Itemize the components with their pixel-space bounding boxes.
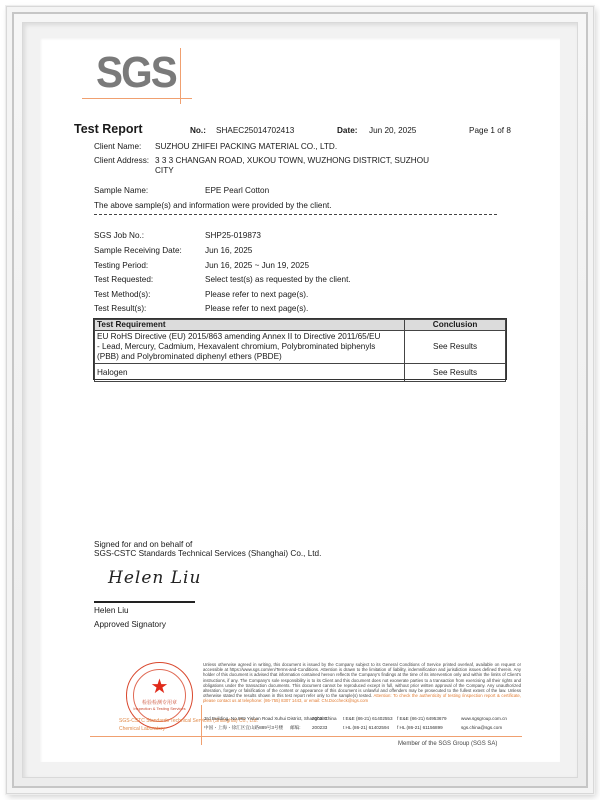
postcode-english: 200233: [312, 716, 327, 722]
client-address-label: Client Address:: [94, 156, 149, 166]
website-link[interactable]: www.sgsgroup.com.cn: [461, 716, 507, 722]
requirement-cell: EU RoHS Directive (EU) 2015/863 amending…: [95, 331, 405, 364]
star-icon: ★: [127, 677, 192, 697]
detail-label: SGS Job No.:: [94, 231, 144, 241]
logo-rule-horizontal: [82, 98, 192, 99]
email-link[interactable]: sgs.china@sgs.com: [461, 725, 502, 731]
signature-line: [94, 601, 195, 603]
client-name-value: SUZHOU ZHIFEI PACKING MATERIAL CO., LTD.: [155, 142, 337, 152]
stamp-chinese-text: 检验检测专用章: [127, 699, 192, 706]
signatory-title: Approved Signatory: [94, 620, 166, 630]
detail-value: Jun 16, 2025 ~ Jun 19, 2025: [205, 261, 309, 271]
signatory-name: Helen Liu: [94, 606, 129, 616]
logo-rule-vertical: [180, 48, 181, 104]
detail-value: Select test(s) as requested by the clien…: [205, 275, 351, 285]
detail-label: Test Requested:: [94, 275, 153, 285]
signed-on-behalf-line2: SGS-CSTC Standards Technical Services (S…: [94, 549, 321, 559]
test-requirement-table: Test Requirement Conclusion EU RoHS Dire…: [94, 319, 506, 382]
requirement-line: (PBB) and Polybrominated diphenyl ethers…: [97, 352, 402, 362]
footer-rule-horizontal: [90, 736, 522, 737]
postcode-label: 邮编:: [290, 725, 300, 731]
report-no-label: No.:: [190, 126, 206, 136]
conclusion-cell: See Results: [405, 364, 506, 382]
sample-name-label: Sample Name:: [94, 186, 148, 196]
report-no-value: SHAEC25014702413: [216, 126, 294, 136]
client-address-line1: 3 3 3 CHANGAN ROAD, XUKOU TOWN, WUZHONG …: [155, 156, 429, 166]
address-chinese: 中国・上海・徐汇区宜山路889号3号楼: [204, 725, 283, 731]
report-date-label: Date:: [337, 126, 357, 136]
sample-note: The above sample(s) and information were…: [94, 201, 332, 211]
sgs-group-member-note: Member of the SGS Group (SGS SA): [398, 741, 497, 747]
sample-name-value: EPE Pearl Cotton: [205, 186, 269, 196]
footer-rule-vertical: [201, 705, 202, 745]
requirement-line: - Lead, Mercury, Cadmium, Hexavalent chr…: [97, 342, 402, 352]
sgs-logo-text: SGS: [96, 48, 176, 98]
detail-label: Sample Receiving Date:: [94, 246, 182, 256]
fax-en: f E&E (86-21) 64953679: [397, 716, 447, 722]
postcode-chinese: 200233: [312, 725, 327, 731]
client-name-label: Client Name:: [94, 142, 141, 152]
report-date-value: Jun 20, 2025: [369, 126, 416, 136]
requirement-line: EU RoHS Directive (EU) 2015/863 amending…: [97, 332, 402, 342]
table-row: Halogen See Results: [95, 364, 506, 382]
page-indicator: Page 1 of 8: [469, 126, 511, 136]
lab-name-line2: Chemical Laboratory: [119, 726, 165, 732]
column-header-conclusion: Conclusion: [405, 320, 506, 331]
column-header-requirement: Test Requirement: [95, 320, 405, 331]
telephone-en: t E&E (86-21) 61402553: [343, 716, 393, 722]
telephone-cn: t HL (86-21) 61402594: [343, 725, 389, 731]
requirement-cell: Halogen: [95, 364, 405, 382]
conclusion-cell: See Results: [405, 331, 506, 364]
detail-value: Jun 16, 2025: [205, 246, 252, 256]
table-header-row: Test Requirement Conclusion: [95, 320, 506, 331]
detail-label: Test Method(s):: [94, 290, 150, 300]
fax-cn: f HL (86-21) 61156899: [397, 725, 443, 731]
handwritten-signature: Helen Liu: [108, 568, 201, 588]
report-title: Test Report: [74, 122, 143, 136]
client-address-line2: CITY: [155, 166, 174, 176]
detail-label: Testing Period:: [94, 261, 148, 271]
detail-value: Please refer to next page(s).: [205, 290, 308, 300]
detail-value: SHP25-019873: [205, 231, 261, 241]
legal-disclaimer: Unless otherwise agreed in writing, this…: [203, 662, 521, 704]
sgs-logo: SGS: [82, 52, 194, 100]
stamp-english-text: Inspection & Testing Services: [127, 706, 192, 711]
table-row: EU RoHS Directive (EU) 2015/863 amending…: [95, 331, 506, 364]
dashed-separator: [94, 214, 497, 215]
detail-value: Please refer to next page(s).: [205, 304, 308, 314]
detail-label: Test Result(s):: [94, 304, 146, 314]
